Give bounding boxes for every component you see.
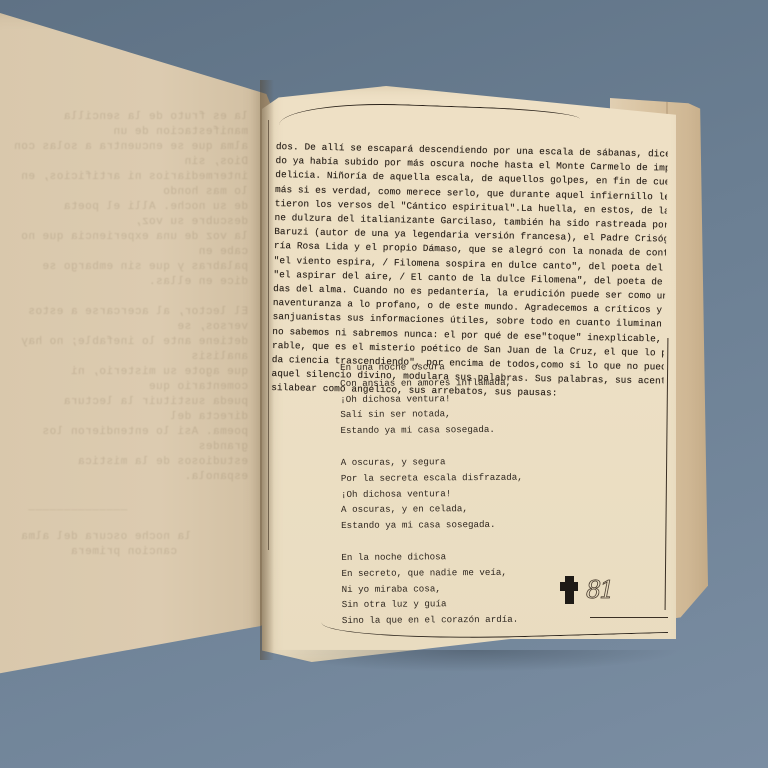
poem-line: Estando ya mi casa sosegada. xyxy=(340,421,620,439)
poem-line: Salí sin ser notada, xyxy=(340,405,620,423)
page-number: 81 xyxy=(586,576,613,604)
poem-line: Sino la que en el corazón ardía. xyxy=(342,611,622,629)
poem-line: A oscuras, y segura xyxy=(341,453,621,471)
poem-line: Con ansias en amores inflamada, xyxy=(340,374,620,392)
photo-scene: la es fruto de la sencilla manifestacion… xyxy=(0,0,768,768)
page-footer: 81 xyxy=(560,576,613,604)
cross-stamp-icon xyxy=(560,576,578,604)
left-page: la es fruto de la sencilla manifestacion… xyxy=(0,10,272,710)
poem-line: ¡Oh dichosa ventura! xyxy=(341,485,621,503)
poem-line: Estando ya mi casa sosegada. xyxy=(341,516,621,534)
poem-line: En una noche oscura xyxy=(340,358,620,376)
left-page-show-through-text: la es fruto de la sencilla manifestacion… xyxy=(8,110,248,570)
poem-line: Por la secreta escala disfrazada, xyxy=(341,469,621,487)
left-border-rule xyxy=(268,120,269,550)
poem-line: ¡Oh dichosa ventura! xyxy=(340,390,620,408)
poem-stanza-2: A oscuras, y segura Por la secreta escal… xyxy=(341,453,622,534)
poem-stanza-1: En una noche oscura Con ansias en amores… xyxy=(340,358,621,439)
book-shadow xyxy=(262,650,682,672)
